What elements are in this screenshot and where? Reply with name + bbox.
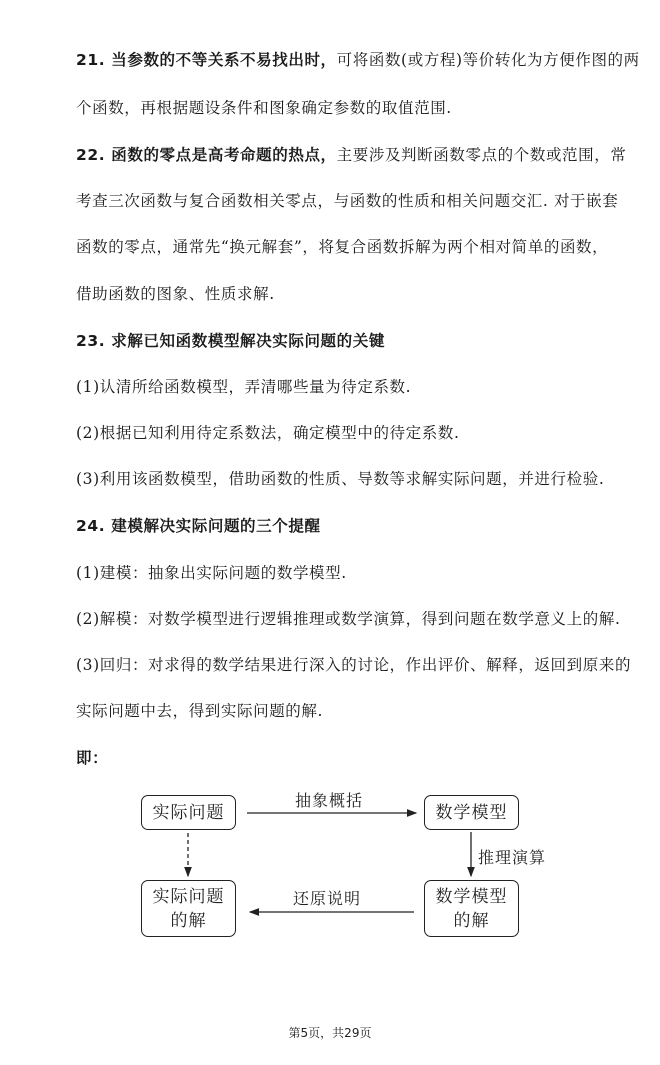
box-math-model: 数学模型 [424, 795, 519, 830]
box-label: 数学模型 [436, 801, 508, 825]
arrow-abstract-label: 抽象概括 [295, 788, 363, 811]
box-label: 实际问题 [153, 801, 225, 825]
box-math-solution: 数学模型 的解 [424, 880, 519, 937]
page-footer: 第5页，共29页 [0, 1024, 660, 1041]
box-real-problem: 实际问题 [141, 795, 236, 830]
box-label: 的解 [171, 909, 207, 933]
arrow-reason-label: 推理演算 [478, 845, 546, 868]
box-label: 数学模型 [436, 885, 508, 909]
arrow-restore-label: 还原说明 [293, 886, 361, 909]
box-label: 实际问题 [153, 885, 225, 909]
box-real-solution: 实际问题 的解 [141, 880, 236, 937]
box-label: 的解 [454, 909, 490, 933]
